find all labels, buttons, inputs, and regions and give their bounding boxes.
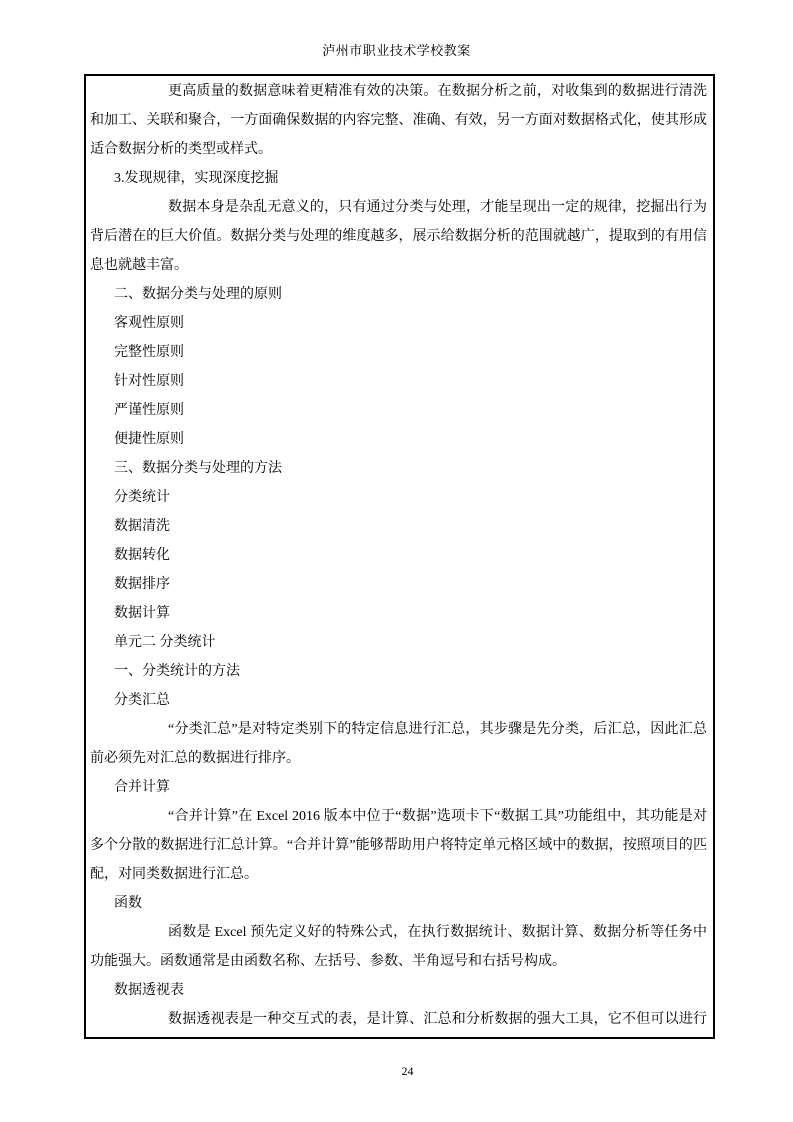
paragraph: 函数是 Excel 预先定义好的特殊公式，在执行数据统计、数据计算、数据分析等任… (90, 918, 707, 976)
paragraph: 数据透视表 (90, 976, 707, 1005)
paragraph: 分类统计 (90, 483, 707, 512)
paragraph: 二、数据分类与处理的原则 (90, 280, 707, 309)
paragraph: 3.发现规律，实现深度挖掘 (90, 164, 707, 193)
paragraph: 完整性原则 (90, 338, 707, 367)
paragraph: 单元二 分类统计 (90, 628, 707, 657)
paragraph: 三、数据分类与处理的方法 (90, 454, 707, 483)
paragraph: 数据透视表是一种交互式的表，是计算、汇总和分析数据的强大工具，它不但可以进行数 (90, 1005, 707, 1039)
paragraph: 数据本身是杂乱无意义的，只有通过分类与处理，才能呈现出一定的规律，挖掘出行为背后… (90, 193, 707, 280)
paragraph: 数据计算 (90, 599, 707, 628)
paragraph: 便捷性原则 (90, 425, 707, 454)
paragraph: “合并计算”在 Excel 2016 版本中位于“数据”选项卡下“数据工具”功能… (90, 802, 707, 889)
paragraph: 合并计算 (90, 773, 707, 802)
paragraph: 针对性原则 (90, 367, 707, 396)
page-number: 24 (0, 1064, 793, 1079)
paragraph: 数据清洗 (90, 512, 707, 541)
paragraph: 客观性原则 (90, 309, 707, 338)
paragraph: 更高质量的数据意味着更精准有效的决策。在数据分析之前，对收集到的数据进行清洗和加… (90, 77, 707, 164)
paragraph: 数据排序 (90, 570, 707, 599)
paragraph: “分类汇总”是对特定类别下的特定信息进行汇总，其步骤是先分类，后汇总，因此汇总前… (90, 715, 707, 773)
document-header-title: 泸州市职业技术学校教案 (0, 40, 793, 59)
paragraph: 严谨性原则 (90, 396, 707, 425)
paragraph: 一、分类统计的方法 (90, 657, 707, 686)
content-box: 更高质量的数据意味着更精准有效的决策。在数据分析之前，对收集到的数据进行清洗和加… (84, 74, 715, 1039)
paragraph: 数据转化 (90, 541, 707, 570)
paragraph: 函数 (90, 889, 707, 918)
document-page: 泸州市职业技术学校教案 更高质量的数据意味着更精准有效的决策。在数据分析之前，对… (0, 0, 793, 1122)
paragraph: 分类汇总 (90, 686, 707, 715)
